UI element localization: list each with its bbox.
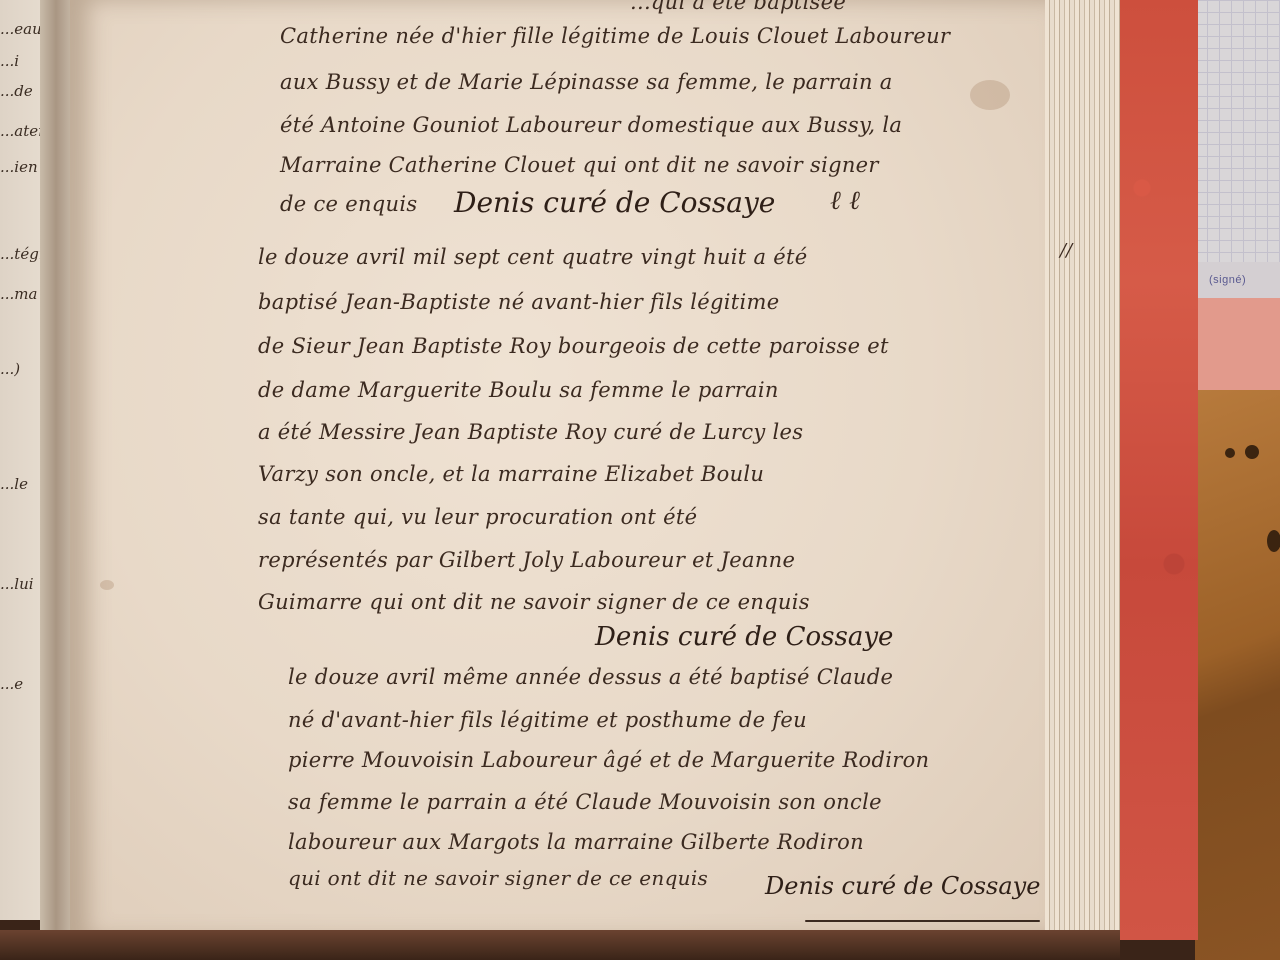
left-page-fragment: ...i: [0, 52, 19, 70]
left-page-fragment: ...le: [0, 475, 28, 493]
entry-line: le douze avril même année dessus a été b…: [288, 665, 893, 689]
entry-line: été Antoine Gouniot Laboureur domestique…: [280, 113, 902, 137]
left-page-fragment: ...eau: [0, 20, 42, 38]
signed-label-text: (signé): [1209, 274, 1246, 286]
ink-stain: [100, 580, 114, 590]
entry-line: de Sieur Jean Baptiste Roy bourgeois de …: [258, 334, 889, 358]
entry-line: le douze avril mil sept cent quatre ving…: [258, 245, 807, 269]
entry-line: laboureur aux Margots la marraine Gilber…: [288, 830, 864, 854]
entry-line: baptisé Jean-Baptiste né avant-hier fils…: [258, 290, 779, 314]
pink-card: [1195, 298, 1280, 390]
table-surface-shadow: [0, 930, 1120, 960]
entry-line: sa femme le parrain a été Claude Mouvois…: [288, 790, 882, 814]
left-page-fragment: ...e: [0, 675, 23, 693]
left-page-fragment: ...): [0, 360, 20, 378]
page-edges-stack: [1040, 0, 1120, 945]
entry-line: pierre Mouvoisin Laboureur âgé et de Mar…: [288, 748, 929, 772]
signature-flourish: ℓ ℓ: [830, 186, 860, 216]
entry-line: né d'avant-hier fils légitime et posthum…: [288, 708, 807, 732]
entry-line: Catherine née d'hier fille légitime de L…: [280, 24, 950, 48]
signature-underline: [805, 920, 1040, 922]
entry-line: a été Messire Jean Baptiste Roy curé de …: [258, 420, 803, 444]
paper-stain: [970, 80, 1010, 110]
entry-line: de ce enquis: [280, 192, 417, 216]
entry-line: qui ont dit ne savoir signer de ce enqui…: [288, 866, 708, 890]
priest-signature: Denis curé de Cossaye: [454, 186, 775, 219]
entry-line: de dame Marguerite Boulu sa femme le par…: [258, 378, 779, 402]
entry-line: sa tante qui, vu leur procuration ont ét…: [258, 505, 697, 529]
wooden-surface: [1195, 390, 1280, 960]
register-photo: (signé) ...eau ...i ...de ...aten ...ien…: [0, 0, 1280, 960]
red-marbled-binding: [1118, 0, 1198, 940]
left-page-fragment: ...de: [0, 82, 33, 100]
partial-line: ...qui a été baptisée: [630, 0, 846, 14]
wood-knot: [1225, 448, 1235, 458]
register-page: ...qui a été baptisée Catherine née d'hi…: [70, 0, 1045, 938]
wood-knot: [1245, 445, 1259, 459]
priest-signature: Denis curé de Cossaye: [765, 872, 1040, 900]
left-page-fragment: ...lui: [0, 575, 34, 593]
entry-line: Marraine Catherine Clouet qui ont dit ne…: [280, 153, 879, 177]
wood-knot: [1267, 530, 1280, 552]
entry-line: aux Bussy et de Marie Lépinasse sa femme…: [280, 70, 893, 94]
margin-mark: //: [1060, 240, 1072, 261]
priest-signature: Denis curé de Cossaye: [595, 622, 893, 652]
left-page-fragment: ...ma: [0, 285, 37, 303]
entry-line: Varzy son oncle, et la marraine Elizabet…: [258, 462, 764, 486]
signed-label: (signé): [1195, 262, 1280, 298]
left-page-fragment: ...ien: [0, 158, 38, 176]
graph-paper-sheet: [1195, 0, 1280, 262]
entry-line: représentés par Gilbert Joly Laboureur e…: [258, 548, 795, 572]
entry-line: Guimarre qui ont dit ne savoir signer de…: [258, 590, 810, 614]
